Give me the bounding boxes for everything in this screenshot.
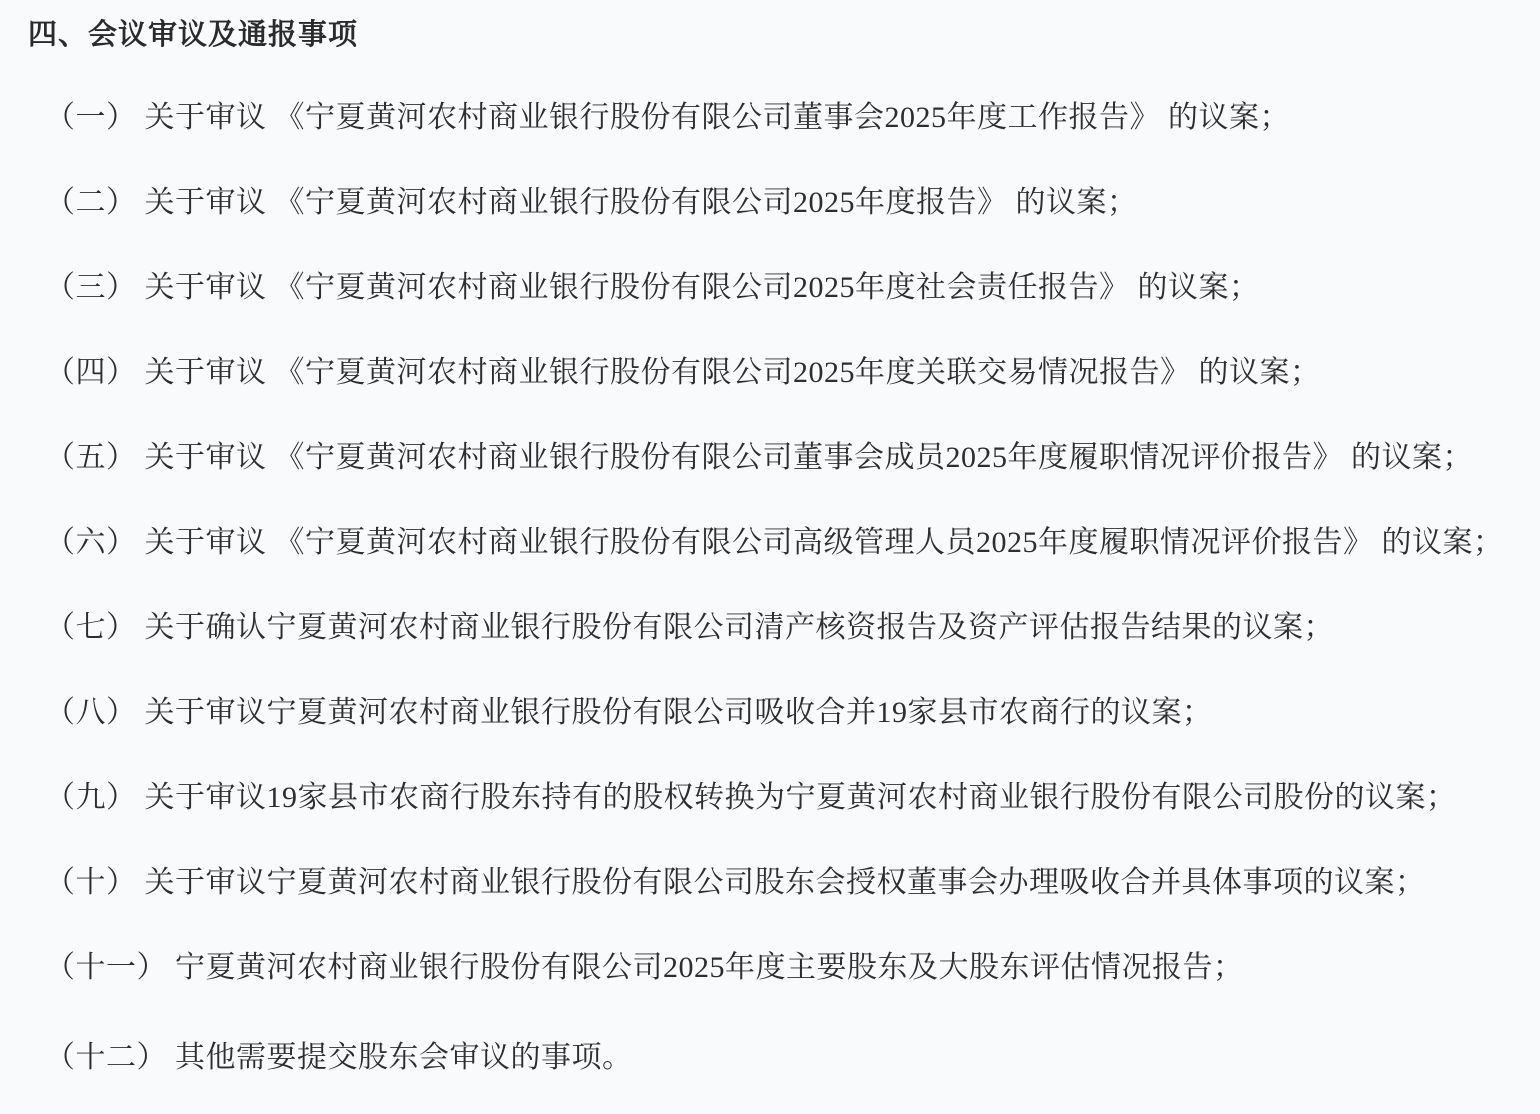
agenda-item-6: （六） 关于审议 《宁夏黄河农村商业银行股份有限公司高级管理人员2025年度履职… xyxy=(45,525,1504,561)
agenda-item-1: （一） 关于审议 《宁夏黄河农村商业银行股份有限公司董事会2025年度工作报告》… xyxy=(45,100,1290,136)
section-heading: 四、会议审议及通报事项 xyxy=(28,12,358,53)
agenda-item-3: （三） 关于审议 《宁夏黄河农村商业银行股份有限公司2025年度社会责任报告》 … xyxy=(45,270,1260,306)
document-page: 四、会议审议及通报事项 （一） 关于审议 《宁夏黄河农村商业银行股份有限公司董事… xyxy=(0,0,1540,1114)
agenda-item-5: （五） 关于审议 《宁夏黄河农村商业银行股份有限公司董事会成员2025年度履职情… xyxy=(45,440,1473,476)
agenda-item-8: （八） 关于审议宁夏黄河农村商业银行股份有限公司吸收合并19家县市农商行的议案； xyxy=(45,695,1213,731)
agenda-item-4: （四） 关于审议 《宁夏黄河农村商业银行股份有限公司2025年度关联交易情况报告… xyxy=(45,355,1321,391)
agenda-item-9: （九） 关于审议19家县市农商行股东持有的股权转换为宁夏黄河农村商业银行股份有限… xyxy=(45,780,1457,816)
agenda-item-11: （十一） 宁夏黄河农村商业银行股份有限公司2025年度主要股东及大股东评估情况报… xyxy=(45,950,1244,986)
agenda-item-10: （十） 关于审议宁夏黄河农村商业银行股份有限公司股东会授权董事会办理吸收合并具体… xyxy=(45,865,1426,901)
agenda-item-2: （二） 关于审议 《宁夏黄河农村商业银行股份有限公司2025年度报告》 的议案； xyxy=(45,185,1138,221)
agenda-item-12: （十二） 其他需要提交股东会审议的事项。 xyxy=(45,1040,633,1076)
agenda-item-7: （七） 关于确认宁夏黄河农村商业银行股份有限公司清产核资报告及资产评估报告结果的… xyxy=(45,610,1334,646)
